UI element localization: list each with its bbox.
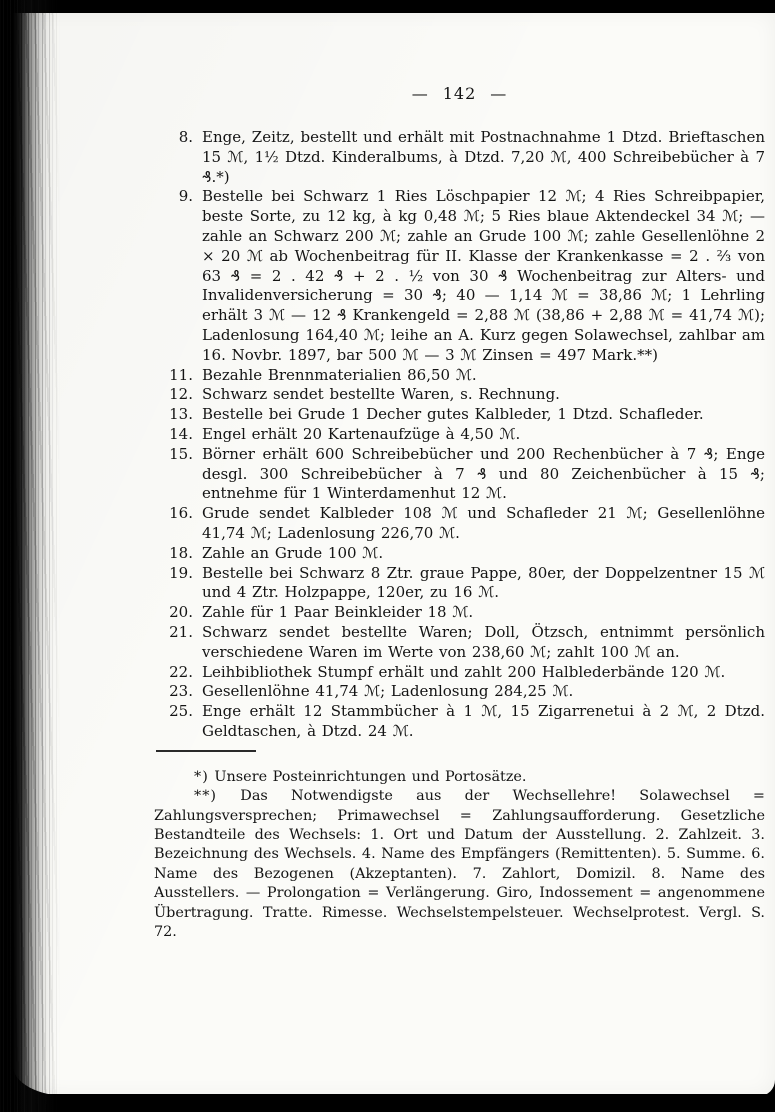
list-item-text: Enge erhält 12 Stammbücher à 1 ℳ, 15 Zig… <box>202 702 765 742</box>
list-item-text: Bestelle bei Schwarz 1 Ries Löschpapier … <box>202 187 765 365</box>
list-item-number: 16. <box>154 504 202 524</box>
list-item-number: 19. <box>154 564 202 584</box>
list-item-number: 18. <box>154 544 202 564</box>
list-item-number: 15. <box>154 445 202 465</box>
list-item-text: Engel erhält 20 Kartenaufzüge à 4,50 ℳ. <box>202 425 765 445</box>
page-content: —142— 8. Enge, Zeitz, bestellt und erhäl… <box>13 11 775 1096</box>
list-item-number: 25. <box>154 702 202 722</box>
footnote-marker: **) <box>194 788 217 804</box>
list-item: 25. Enge erhält 12 Stammbücher à 1 ℳ, 15… <box>154 702 765 742</box>
list-item-text: Schwarz sendet bestellte Waren, s. Rechn… <box>202 385 765 405</box>
scan-edge-top <box>0 0 775 13</box>
list-item: 8. Enge, Zeitz, bestellt und erhält mit … <box>154 128 765 187</box>
scan-edge-bottom <box>0 1094 775 1112</box>
list-item-text: Bestelle bei Grude 1 Decher gutes Kalble… <box>202 405 765 425</box>
footnote-text: Das Notwendigste aus der Wechsellehre! S… <box>154 788 765 940</box>
list-item-number: 21. <box>154 623 202 643</box>
transaction-list: 8. Enge, Zeitz, bestellt und erhält mit … <box>154 128 765 742</box>
list-item-number: 11. <box>154 366 202 386</box>
list-item-text: Bestelle bei Schwarz 8 Ztr. graue Pappe,… <box>202 564 765 604</box>
list-item-text: Grude sendet Kalbleder 108 ℳ und Schafle… <box>202 504 765 544</box>
list-item: 20. Zahle für 1 Paar Beinkleider 18 ℳ. <box>154 603 765 623</box>
scanned-book-page: —142— 8. Enge, Zeitz, bestellt und erhäl… <box>0 0 775 1112</box>
list-item: 15. Börner erhält 600 Schreibebücher und… <box>154 445 765 504</box>
footnote-divider <box>156 750 256 752</box>
footnotes-section: *) Unsere Posteinrichtungen und Portosät… <box>154 768 765 943</box>
book-page: —142— 8. Enge, Zeitz, bestellt und erhäl… <box>13 11 775 1096</box>
list-item-number: 9. <box>154 187 202 207</box>
list-item: 13. Bestelle bei Grude 1 Decher gutes Ka… <box>154 405 765 425</box>
list-item-text: Zahle an Grude 100 ℳ. <box>202 544 765 564</box>
list-item-number: 20. <box>154 603 202 623</box>
list-item-number: 14. <box>154 425 202 445</box>
list-item-text: Börner erhält 600 Schreibebücher und 200… <box>202 445 765 504</box>
list-item: 14. Engel erhält 20 Kartenaufzüge à 4,50… <box>154 425 765 445</box>
page-number: 142 <box>429 84 491 103</box>
list-item: 21. Schwarz sendet bestellte Waren; Doll… <box>154 623 765 663</box>
list-item-text: Zahle für 1 Paar Beinkleider 18 ℳ. <box>202 603 765 623</box>
list-item-text: Bezahle Brennmaterialien 86,50 ℳ. <box>202 366 765 386</box>
list-item-text: Gesellenlöhne 41,74 ℳ; Ladenlosung 284,2… <box>202 682 765 702</box>
page-header: —142— <box>154 84 765 104</box>
list-item: 18. Zahle an Grude 100 ℳ. <box>154 544 765 564</box>
list-item: 9. Bestelle bei Schwarz 1 Ries Löschpapi… <box>154 187 765 365</box>
header-dash-left: — <box>412 84 429 103</box>
header-dash-right: — <box>490 84 507 103</box>
list-item: 22. Leihbibliothek Stumpf erhält und zah… <box>154 663 765 683</box>
list-item: 11. Bezahle Brennmaterialien 86,50 ℳ. <box>154 366 765 386</box>
list-item-number: 13. <box>154 405 202 425</box>
list-item-number: 12. <box>154 385 202 405</box>
list-item-text: Leihbibliothek Stumpf erhält und zahlt 2… <box>202 663 765 683</box>
list-item-text: Schwarz sendet bestellte Waren; Doll, Öt… <box>202 623 765 663</box>
footnote-marker: *) <box>194 769 209 785</box>
list-item: 12. Schwarz sendet bestellte Waren, s. R… <box>154 385 765 405</box>
list-item-number: 22. <box>154 663 202 683</box>
list-item: 16. Grude sendet Kalbleder 108 ℳ und Sch… <box>154 504 765 544</box>
footnote: **) Das Notwendigste aus der Wechsellehr… <box>154 787 765 942</box>
footnote: *) Unsere Posteinrichtungen und Portosät… <box>154 768 765 787</box>
list-item-text: Enge, Zeitz, bestellt und erhält mit Pos… <box>202 128 765 187</box>
list-item-number: 8. <box>154 128 202 148</box>
list-item: 23. Gesellenlöhne 41,74 ℳ; Ladenlosung 2… <box>154 682 765 702</box>
list-item: 19. Bestelle bei Schwarz 8 Ztr. graue Pa… <box>154 564 765 604</box>
list-item-number: 23. <box>154 682 202 702</box>
footnote-text: Unsere Posteinrichtungen und Portosätze. <box>214 769 526 785</box>
